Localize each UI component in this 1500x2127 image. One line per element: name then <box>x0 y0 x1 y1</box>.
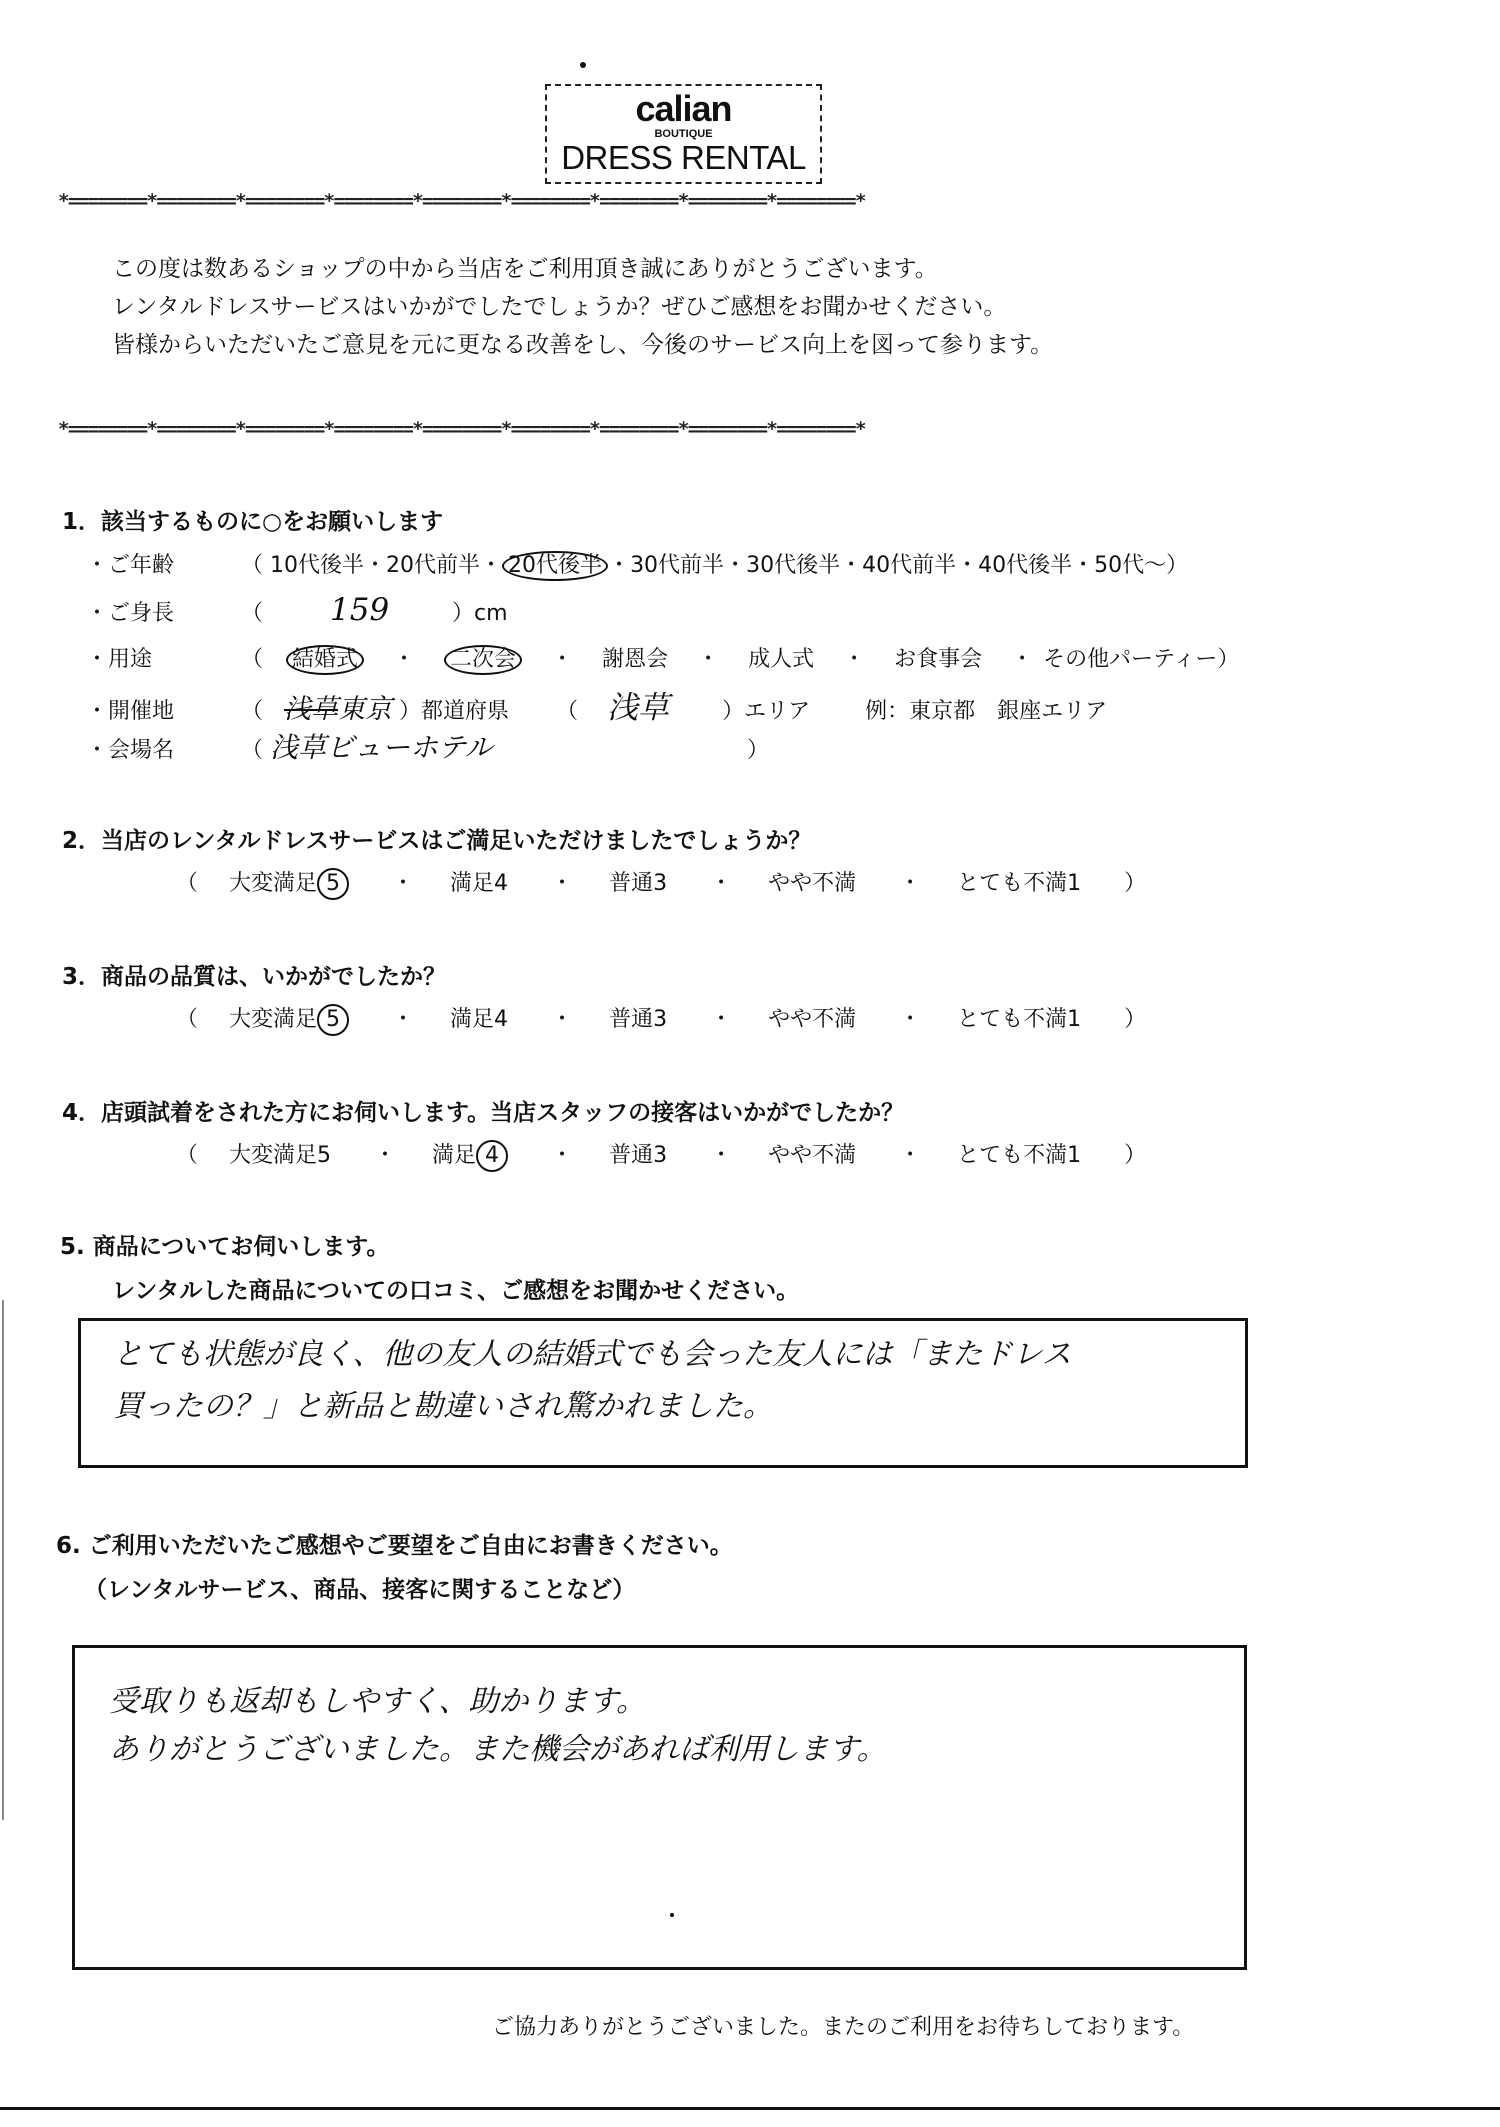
q2-option[interactable]: とても不満1 <box>957 866 1081 897</box>
footer-thanks: ご協力ありがとうございました。またのご利用をお待ちしております。 <box>492 2010 1194 2041</box>
height-unit: cm <box>474 601 508 626</box>
scan-speck <box>670 1913 674 1917</box>
age-option[interactable]: 10代後半 <box>270 553 364 578</box>
intro-text: この度は数あるショップの中から当店をご利用頂き誠にありがとうございます。 レンタ… <box>112 250 1053 364</box>
height-label: ・ご身長 <box>86 596 206 627</box>
question-5-title: 5. 商品についてお伺いします。 <box>60 1228 389 1261</box>
age-option[interactable]: 30代後半 <box>746 553 840 578</box>
venue-row: ・会場名 （ 浅草ビューホテル ） <box>86 726 769 766</box>
q3-selected-5[interactable]: 5 <box>317 1004 349 1036</box>
location-example: 例：東京都 銀座エリア <box>865 699 1107 724</box>
location-label: ・開催地 <box>86 694 206 725</box>
intro-line: 皆様からいただいたご意見を元に更なる改善をし、今後のサービス向上を図って参ります… <box>112 326 1053 364</box>
q5-answer-box[interactable]: とても状態が良く、他の友人の結婚式でも会った友人には「またドレス 買ったの？」と… <box>78 1318 1248 1468</box>
prefecture-input[interactable]: 東京 <box>338 694 392 725</box>
answer-line: とても状態が良く、他の友人の結婚式でも会った友人には「またドレス <box>113 1329 1072 1381</box>
q6-answer-box[interactable]: 受取りも返却もしやすく、助かります。 ありがとうございました。また機会があれば利… <box>72 1645 1247 1970</box>
purpose-label: ・用途 <box>86 642 206 673</box>
purpose-option-selected[interactable]: 二次会 <box>444 645 522 675</box>
brand-logo: calian BOUTIQUE DRESS RENTAL <box>545 84 822 184</box>
height-row: ・ご身長 （ 159 ）cm <box>86 592 508 628</box>
question-2-title: 2．当店のレンタルドレスサービスはご満足いただけましたでしょうか？ <box>62 822 811 855</box>
divider-top: *========*========*========*========*===… <box>58 190 1360 212</box>
purpose-row: ・用途 （ 結婚式 ・ 二次会 ・ 謝恩会 ・ 成人式 ・ お食事会 ・その他パ… <box>86 642 1239 675</box>
q2-option[interactable]: やや不満 <box>768 866 856 897</box>
purpose-option[interactable]: お食事会 <box>894 647 982 672</box>
q4-option[interactable]: 大変満足5 <box>229 1138 331 1169</box>
intro-line: レンタルドレスサービスはいかがでしたでしょうか？ぜひご感想をお聞かせください。 <box>112 288 1053 326</box>
age-option[interactable]: 30代前半 <box>630 553 724 578</box>
q5-answer-text: とても状態が良く、他の友人の結婚式でも会った友人には「またドレス 買ったの？」と… <box>113 1329 1072 1433</box>
q3-option[interactable]: 満足4 <box>450 1002 508 1033</box>
question-6-subtitle: （レンタルサービス、商品、接客に関することなど） <box>84 1571 635 1604</box>
age-row: ・ご年齢 （ 10代後半・20代前半・20代後半・30代前半・30代後半・40代… <box>86 548 1188 581</box>
prefecture-suffix: 都道府県 <box>421 699 509 724</box>
venue-label: ・会場名 <box>86 733 206 764</box>
q6-answer-text: 受取りも返却もしやすく、助かります。 ありがとうございました。また機会があれば利… <box>109 1678 887 1774</box>
area-suffix: エリア <box>744 699 810 724</box>
divider-bottom: *========*========*========*========*===… <box>58 418 1360 440</box>
scan-speck <box>580 62 586 68</box>
area-input[interactable]: 浅草 <box>585 682 715 727</box>
question-1-title: 1．該当するものに○をお願いします <box>62 503 443 536</box>
venue-input[interactable]: 浅草ビューホテル <box>270 726 740 766</box>
question-6-title: 6. ご利用いただいたご感想やご要望をご自由にお書きください。 <box>56 1527 733 1560</box>
question-4-title: 4．店頭試着をされた方にお伺いします。当店スタッフの接客はいかがでしたか？ <box>62 1094 904 1127</box>
q3-option[interactable]: 普通3 <box>609 1002 667 1033</box>
scan-margin-line <box>2 1300 4 1820</box>
age-option-selected[interactable]: 20代後半 <box>502 551 608 581</box>
answer-line: 買ったの？」と新品と勘違いされ驚かれました。 <box>113 1381 1072 1433</box>
q4-selected-4[interactable]: 4 <box>476 1140 508 1172</box>
location-row: ・開催地 （ 浅草東京 ）都道府県 （ 浅草 ）エリア 例：東京都 銀座エリア <box>86 682 1107 727</box>
bottom-rule <box>0 2107 1500 2110</box>
question-5-subtitle: レンタルした商品についての口コミ、ご感想をお聞かせください。 <box>112 1272 799 1305</box>
age-option[interactable]: 40代後半 <box>978 553 1072 578</box>
service-name: DRESS RENTAL <box>547 140 820 176</box>
brand-name: calian <box>547 90 820 128</box>
q4-scale: （ 大変満足5 ・満足4 ・普通3 ・やや不満 ・とても不満1 ） <box>176 1138 1146 1172</box>
age-label: ・ご年齢 <box>86 548 206 579</box>
q4-option[interactable]: 普通3 <box>609 1138 667 1169</box>
purpose-option[interactable]: その他パーティー <box>1043 647 1217 672</box>
answer-line: ありがとうございました。また機会があれば利用します。 <box>109 1726 887 1774</box>
q3-option[interactable]: とても不満1 <box>957 1002 1081 1033</box>
q4-option[interactable]: とても不満1 <box>957 1138 1081 1169</box>
purpose-option[interactable]: 成人式 <box>748 647 814 672</box>
age-option[interactable]: 50代〜 <box>1094 553 1166 578</box>
purpose-option[interactable]: 謝恩会 <box>602 647 668 672</box>
prefecture-struck-text: 浅草 <box>284 694 338 725</box>
age-option[interactable]: 40代前半 <box>862 553 956 578</box>
age-option[interactable]: 20代前半 <box>386 553 480 578</box>
q3-scale: （ 大変満足5 ・満足4 ・普通3 ・やや不満 ・とても不満1 ） <box>176 1002 1146 1036</box>
q2-option[interactable]: 満足4 <box>450 866 508 897</box>
question-3-title: 3．商品の品質は、いかがでしたか？ <box>62 958 446 991</box>
q2-selected-5[interactable]: 5 <box>317 868 349 900</box>
purpose-option-selected[interactable]: 結婚式 <box>286 645 364 675</box>
q4-option[interactable]: やや不満 <box>768 1138 856 1169</box>
q2-option[interactable]: 普通3 <box>609 866 667 897</box>
q2-scale: （ 大変満足5 ・満足4 ・普通3 ・やや不満 ・とても不満1 ） <box>176 866 1146 900</box>
intro-line: この度は数あるショップの中から当店をご利用頂き誠にありがとうございます。 <box>112 250 1053 288</box>
answer-line: 受取りも返却もしやすく、助かります。 <box>109 1678 887 1726</box>
height-input[interactable]: 159 <box>270 592 445 628</box>
q3-option[interactable]: やや不満 <box>768 1002 856 1033</box>
